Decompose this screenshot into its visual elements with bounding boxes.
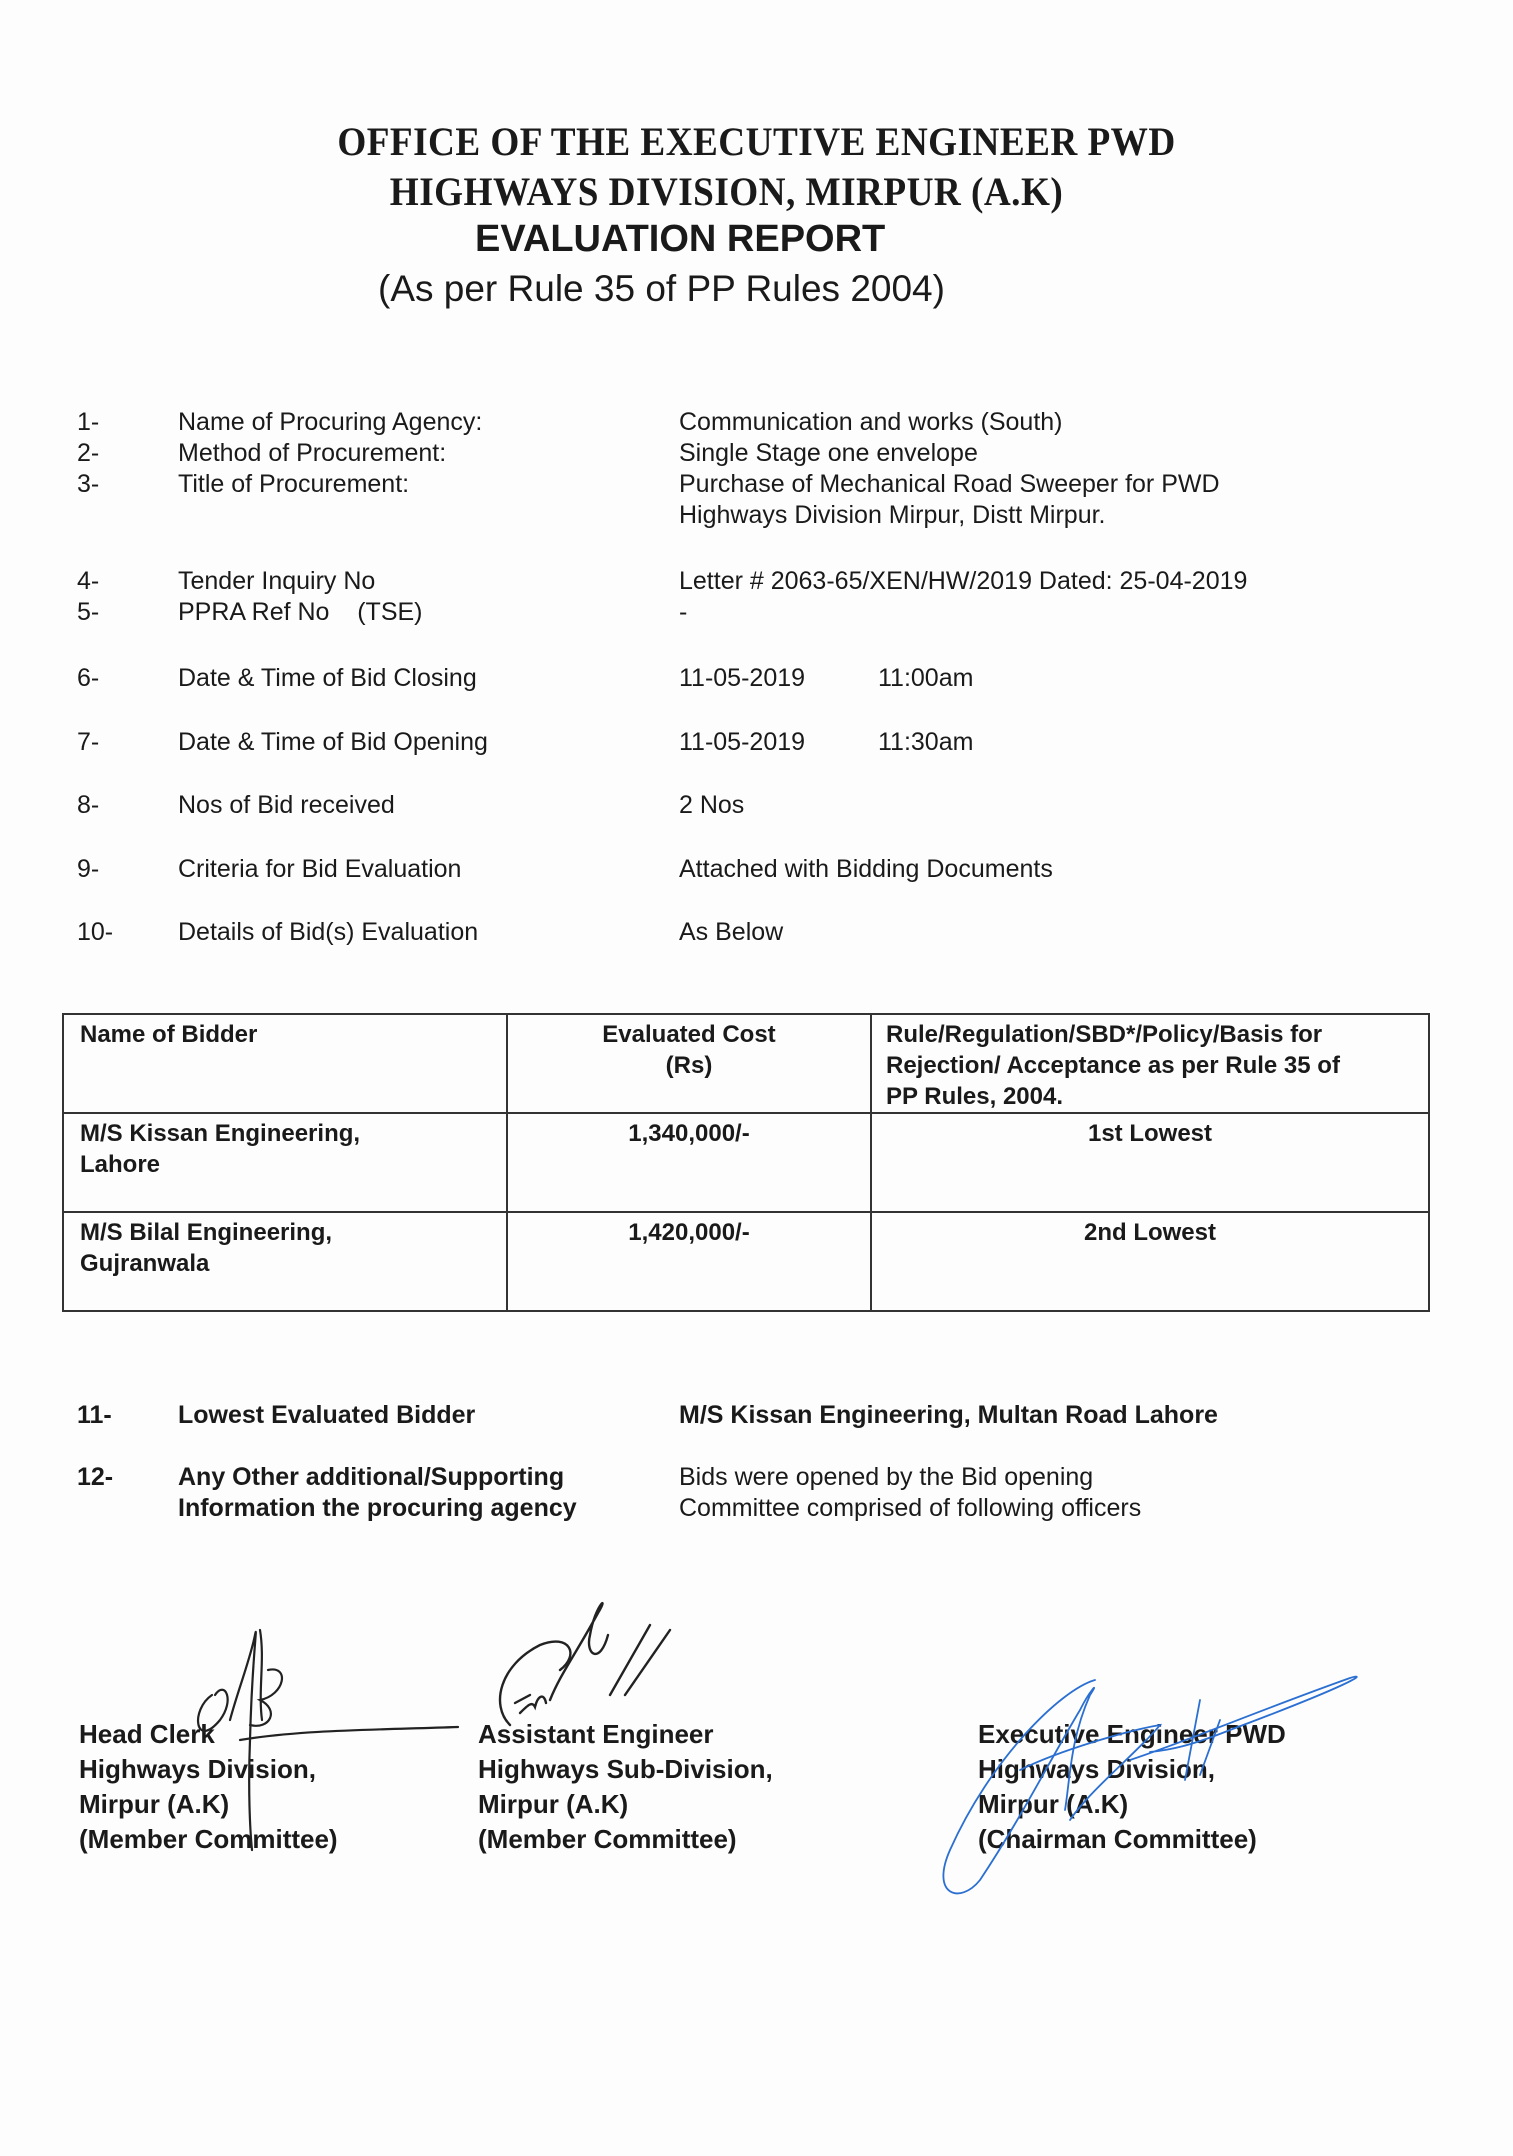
item-date: 11-05-2019 [679, 727, 805, 758]
table-row: M/S Bilal Engineering, Gujranwala 1,420,… [63, 1212, 1429, 1311]
item-label: Name of Procuring Agency: [178, 407, 482, 438]
item-label: Nos of Bid received [178, 790, 395, 821]
item-time: 11:30am [878, 727, 973, 758]
bidder-city: Lahore [80, 1149, 490, 1180]
cell-cost: 1,340,000/- [507, 1113, 871, 1212]
bidder-name: M/S Bilal Engineering, [80, 1217, 490, 1248]
item-value-line1: Bids were opened by the Bid opening [679, 1462, 1093, 1493]
cell-bidder: M/S Kissan Engineering, Lahore [63, 1113, 507, 1212]
table-row: M/S Kissan Engineering, Lahore 1,340,000… [63, 1113, 1429, 1212]
item-time: 11:00am [878, 663, 973, 694]
item-number: 2- [77, 438, 99, 469]
item-label: Title of Procurement: [178, 469, 409, 500]
item-value: M/S Kissan Engineering, Multan Road Laho… [679, 1400, 1218, 1431]
item-value: Single Stage one envelope [679, 438, 978, 469]
header-cost-line1: Evaluated Cost [524, 1019, 854, 1050]
cell-basis: 1st Lowest [871, 1113, 1429, 1212]
item-value-continued: Highways Division Mirpur, Distt Mirpur. [679, 500, 1106, 531]
item-label: Tender Inquiry No [178, 566, 375, 597]
item-value-line2: Committee comprised of following officer… [679, 1493, 1141, 1524]
item-label: Method of Procurement: [178, 438, 446, 469]
item-number: 11- [77, 1400, 112, 1431]
item-number: 3- [77, 469, 99, 500]
cell-basis: 2nd Lowest [871, 1212, 1429, 1311]
signature-assistant-engineer-icon [480, 1595, 720, 1745]
signatory-role: (Member Committee) [478, 1822, 773, 1857]
item-label: Criteria for Bid Evaluation [178, 854, 461, 885]
header-bidder: Name of Bidder [63, 1014, 507, 1113]
item-date: 11-05-2019 [679, 663, 805, 694]
item-number: 6- [77, 663, 99, 694]
item-label-line1: Any Other additional/Supporting [178, 1462, 564, 1493]
item-label: Date & Time of Bid Closing [178, 663, 477, 694]
bidder-city: Gujranwala [80, 1248, 490, 1279]
office-title-line2: HIGHWAYS DIVISION, MIRPUR (A.K) [23, 168, 1430, 215]
item-number: 10- [77, 917, 113, 948]
header-basis-line2: Rejection/ Acceptance as per Rule 35 of [886, 1050, 1412, 1081]
item-value: 2 Nos [679, 790, 744, 821]
header-bidder-text: Name of Bidder [80, 1021, 257, 1048]
office-title-line1: OFFICE OF THE EXECUTIVE ENGINEER PWD [53, 118, 1460, 165]
item-number: 4- [77, 566, 99, 597]
report-title: EVALUATION REPORT [475, 218, 885, 261]
signatory-office: Highways Sub-Division, [478, 1752, 773, 1787]
header-basis-line1: Rule/Regulation/SBD*/Policy/Basis for [886, 1019, 1412, 1050]
item-label: Details of Bid(s) Evaluation [178, 917, 478, 948]
signatory-location: Mirpur (A.K) [478, 1787, 773, 1822]
item-number: 12- [77, 1462, 113, 1493]
bid-evaluation-table: Name of Bidder Evaluated Cost (Rs) Rule/… [62, 1013, 1430, 1312]
signature-executive-engineer-icon [930, 1650, 1380, 1900]
table-header-row: Name of Bidder Evaluated Cost (Rs) Rule/… [63, 1014, 1429, 1113]
item-number: 9- [77, 854, 99, 885]
bidder-name: M/S Kissan Engineering, [80, 1118, 490, 1149]
item-label: Lowest Evaluated Bidder [178, 1400, 475, 1431]
item-number: 7- [77, 727, 99, 758]
cell-cost: 1,420,000/- [507, 1212, 871, 1311]
header-basis-line3: PP Rules, 2004. [886, 1081, 1412, 1112]
item-value: Purchase of Mechanical Road Sweeper for … [679, 469, 1220, 500]
report-subtitle: (As per Rule 35 of PP Rules 2004) [378, 268, 945, 310]
item-value: Communication and works (South) [679, 407, 1063, 438]
item-value: As Below [679, 917, 783, 948]
item-number: 1- [77, 407, 99, 438]
header-cost-line2: (Rs) [524, 1050, 854, 1081]
item-value: Attached with Bidding Documents [679, 854, 1053, 885]
signature-head-clerk-icon [180, 1600, 480, 1880]
item-value: - [679, 597, 687, 628]
item-label: PPRA Ref No (TSE) [178, 597, 423, 628]
cell-bidder: M/S Bilal Engineering, Gujranwala [63, 1212, 507, 1311]
item-number: 5- [77, 597, 99, 628]
header-basis: Rule/Regulation/SBD*/Policy/Basis for Re… [871, 1014, 1429, 1113]
item-label: Date & Time of Bid Opening [178, 727, 488, 758]
item-label-line2: Information the procuring agency [178, 1493, 577, 1524]
item-value: Letter # 2063-65/XEN/HW/2019 Dated: 25-0… [679, 566, 1247, 597]
header-cost: Evaluated Cost (Rs) [507, 1014, 871, 1113]
item-number: 8- [77, 790, 99, 821]
